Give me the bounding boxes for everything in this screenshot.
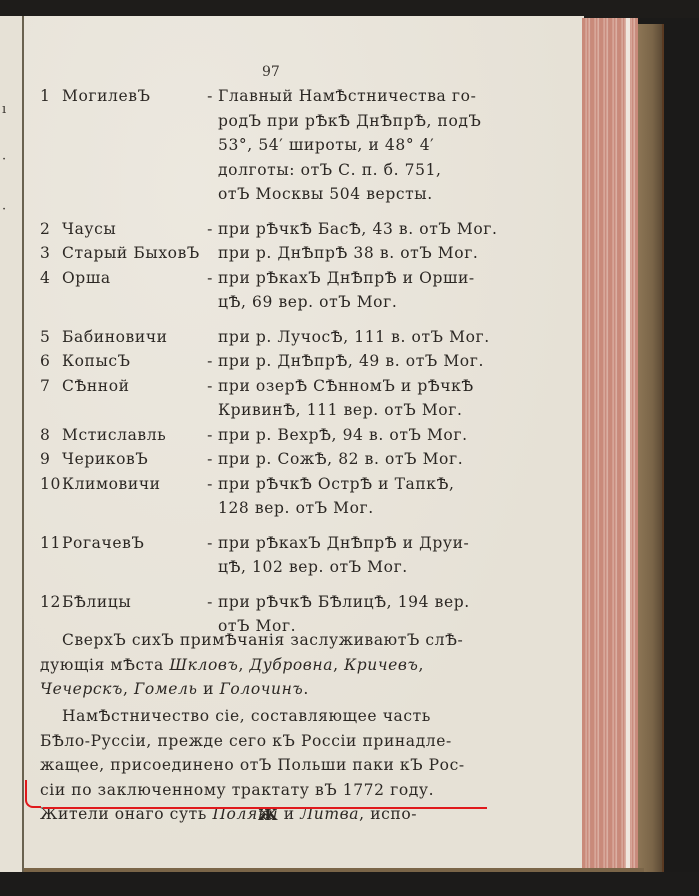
- entry-number: 8: [40, 423, 62, 448]
- city-description: при озерѢ СѢнномЪ и рѢчкѢ КривинѢ, 111 в…: [218, 374, 510, 423]
- place-name: Чечерскъ: [40, 680, 123, 698]
- desc-line: при р. ЛучосѢ, 111 в. отЪ Мог.: [218, 325, 510, 350]
- para-line: Чечерскъ, Гомель и Голочинъ.: [40, 677, 498, 702]
- red-annotation-underline: [43, 807, 487, 809]
- desc-line: при озерѢ СѢнномЪ и рѢчкѢ: [218, 374, 510, 399]
- desc-line: при р. ДнѢпрѢ, 49 в. отЪ Мог.: [218, 349, 510, 374]
- desc-line: долготы: отЪ С. п. б. 751,: [218, 158, 510, 183]
- city-entry: 4 Орша - при рѢкахЪ ДнѢпрѢ и Орши- цѢ, 6…: [40, 266, 510, 315]
- desc-line: цѢ, 102 вер. отЪ Мог.: [218, 555, 510, 580]
- city-entry: 7 СѢнной - при озерѢ СѢнномЪ и рѢчкѢ Кри…: [40, 374, 510, 423]
- desc-line: родЪ при рѢкѢ ДнѢпрѢ, подЪ: [218, 109, 510, 134]
- city-entry: 2 Чаусы - при рѢчкѢ БасѢ, 43 в. отЪ Мог.: [40, 217, 510, 242]
- entry-number: 7: [40, 374, 62, 423]
- entry-dash: [202, 241, 218, 266]
- entry-dash: -: [202, 472, 218, 521]
- entry-dash: -: [202, 349, 218, 374]
- city-entry: 5 Бабиновичи при р. ЛучосѢ, 111 в. отЪ М…: [40, 325, 510, 350]
- prev-page-mark: ·: [2, 152, 6, 167]
- city-name: Орша: [62, 266, 202, 315]
- entry-number: 1: [40, 84, 62, 207]
- city-entry: 9 ЧериковЪ - при р. СожѢ, 82 в. отЪ Мог.: [40, 447, 510, 472]
- city-entry: 1 МогилевЪ - Главный НамѢстничества го- …: [40, 84, 510, 207]
- entry-dash: -: [202, 374, 218, 423]
- scanner-background-bottom: [0, 872, 699, 896]
- place-name: Кричевъ: [344, 656, 418, 674]
- city-entry: 3 Старый БыховЪ при р. ДнѢпрѢ 38 в. отЪ …: [40, 241, 510, 266]
- entry-number: 4: [40, 266, 62, 315]
- red-stained-page-edges: [582, 18, 638, 868]
- city-description: при р. ВехрѢ, 94 в. отЪ Мог.: [218, 423, 510, 448]
- text: .: [303, 680, 309, 698]
- entry-dash: -: [202, 531, 218, 580]
- red-annotation-bracket: [25, 780, 41, 808]
- place-name: Дубровна: [250, 656, 334, 674]
- desc-line: цѢ, 69 вер. отЪ Мог.: [218, 290, 510, 315]
- city-name: МогилевЪ: [62, 84, 202, 207]
- desc-line: при р. ВехрѢ, 94 в. отЪ Мог.: [218, 423, 510, 448]
- prev-page-mark: ı: [2, 102, 6, 117]
- entry-dash: -: [202, 217, 218, 242]
- desc-line: при р. ДнѢпрѢ 38 в. отЪ Мог.: [218, 241, 510, 266]
- city-name: РогачевЪ: [62, 531, 202, 580]
- city-entry: 11 РогачевЪ - при рѢкахЪ ДнѢпрѢ и Друи- …: [40, 531, 510, 580]
- place-name: Шкловъ: [169, 656, 238, 674]
- desc-line: 53°, 54′ широты, и 48° 4′: [218, 133, 510, 158]
- text: и: [198, 680, 220, 698]
- desc-line: при рѢкахЪ ДнѢпрѢ и Друи-: [218, 531, 510, 556]
- text: ,: [238, 656, 249, 674]
- desc-line: при рѢчкѢ ОстрѢ и ТапкѢ,: [218, 472, 510, 497]
- paragraph-notable-places: СверхЪ сихЪ примѢчанія заслуживаютЪ слѢ-…: [40, 628, 498, 702]
- text: ,: [333, 656, 344, 674]
- entry-number: 9: [40, 447, 62, 472]
- desc-line: при рѢкахЪ ДнѢпрѢ и Орши-: [218, 266, 510, 291]
- city-description: при рѢкахЪ ДнѢпрѢ и Орши- цѢ, 69 вер. от…: [218, 266, 510, 315]
- text: ,: [418, 656, 424, 674]
- entry-dash: -: [202, 423, 218, 448]
- desc-line: при р. СожѢ, 82 в. отЪ Мог.: [218, 447, 510, 472]
- city-description: при р. ЛучосѢ, 111 в. отЪ Мог.: [218, 325, 510, 350]
- city-description: при р. ДнѢпрѢ 38 в. отЪ Мог.: [218, 241, 510, 266]
- text: дующія мѢста: [40, 656, 169, 674]
- city-name: СѢнной: [62, 374, 202, 423]
- entry-dash: -: [202, 266, 218, 315]
- entry-dash: -: [202, 84, 218, 207]
- city-name: Бабиновичи: [62, 325, 202, 350]
- desc-line: Главный НамѢстничества го-: [218, 84, 510, 109]
- city-name: КопысЪ: [62, 349, 202, 374]
- place-name: Голочинъ: [220, 680, 304, 698]
- city-name: Мстиславль: [62, 423, 202, 448]
- desc-line: при рѢчкѢ БѢлицѢ, 194 вер.: [218, 590, 510, 615]
- city-description: Главный НамѢстничества го- родЪ при рѢкѢ…: [218, 84, 510, 207]
- city-name: ЧериковЪ: [62, 447, 202, 472]
- para-line: сіи по заключенному трактату вЪ 1772 год…: [40, 778, 498, 803]
- entry-number: 5: [40, 325, 62, 350]
- city-entry: 10 Климовичи - при рѢчкѢ ОстрѢ и ТапкѢ, …: [40, 472, 510, 521]
- desc-line: отЪ Москвы 504 версты.: [218, 182, 510, 207]
- entry-number: 10: [40, 472, 62, 521]
- prev-page-mark: ·: [2, 202, 6, 217]
- scanned-book-page: ı · · 97 1 МогилевЪ - Главный НамѢстниче…: [0, 0, 699, 896]
- desc-line: при рѢчкѢ БасѢ, 43 в. отЪ Мог.: [218, 217, 510, 242]
- city-list: 1 МогилевЪ - Главный НамѢстничества го- …: [40, 84, 510, 639]
- entry-dash: -: [202, 447, 218, 472]
- text: ,: [123, 680, 134, 698]
- entry-number: 6: [40, 349, 62, 374]
- leather-cover-edge: [638, 24, 664, 872]
- para-line: НамѢстничество сіе, составляющее часть: [40, 704, 498, 729]
- city-name: Чаусы: [62, 217, 202, 242]
- city-entry: 8 Мстиславль - при р. ВехрѢ, 94 в. отЪ М…: [40, 423, 510, 448]
- city-description: при рѢкахЪ ДнѢпрѢ и Друи- цѢ, 102 вер. о…: [218, 531, 510, 580]
- city-name: Старый БыховЪ: [62, 241, 202, 266]
- city-description: при р. ДнѢпрѢ, 49 в. отЪ Мог.: [218, 349, 510, 374]
- para-line: БѢло-Руссіи, прежде сего кЪ Россіи прина…: [40, 729, 498, 754]
- city-description: при р. СожѢ, 82 в. отЪ Мог.: [218, 447, 510, 472]
- para-line: СверхЪ сихЪ примѢчанія заслуживаютЪ слѢ-: [40, 628, 498, 653]
- entry-number: 3: [40, 241, 62, 266]
- entry-dash: [202, 325, 218, 350]
- place-name: Гомель: [134, 680, 198, 698]
- para-line: жащее, присоединено отЪ Польши паки кЪ Р…: [40, 753, 498, 778]
- para-line: дующія мѢста Шкловъ, Дубровна, Кричевъ,: [40, 653, 498, 678]
- city-name: Климовичи: [62, 472, 202, 521]
- desc-line: 128 вер. отЪ Мог.: [218, 496, 510, 521]
- city-description: при рѢчкѢ ОстрѢ и ТапкѢ, 128 вер. отЪ Мо…: [218, 472, 510, 521]
- page-number: 97: [262, 64, 280, 80]
- entry-number: 2: [40, 217, 62, 242]
- city-description: при рѢчкѢ БасѢ, 43 в. отЪ Мог.: [218, 217, 510, 242]
- city-entry: 6 КопысЪ - при р. ДнѢпрѢ, 49 в. отЪ Мог.: [40, 349, 510, 374]
- desc-line: КривинѢ, 111 вер. отЪ Мог.: [218, 398, 510, 423]
- previous-page-edge: ı · ·: [0, 16, 24, 874]
- entry-number: 11: [40, 531, 62, 580]
- loose-leaf: [626, 18, 630, 868]
